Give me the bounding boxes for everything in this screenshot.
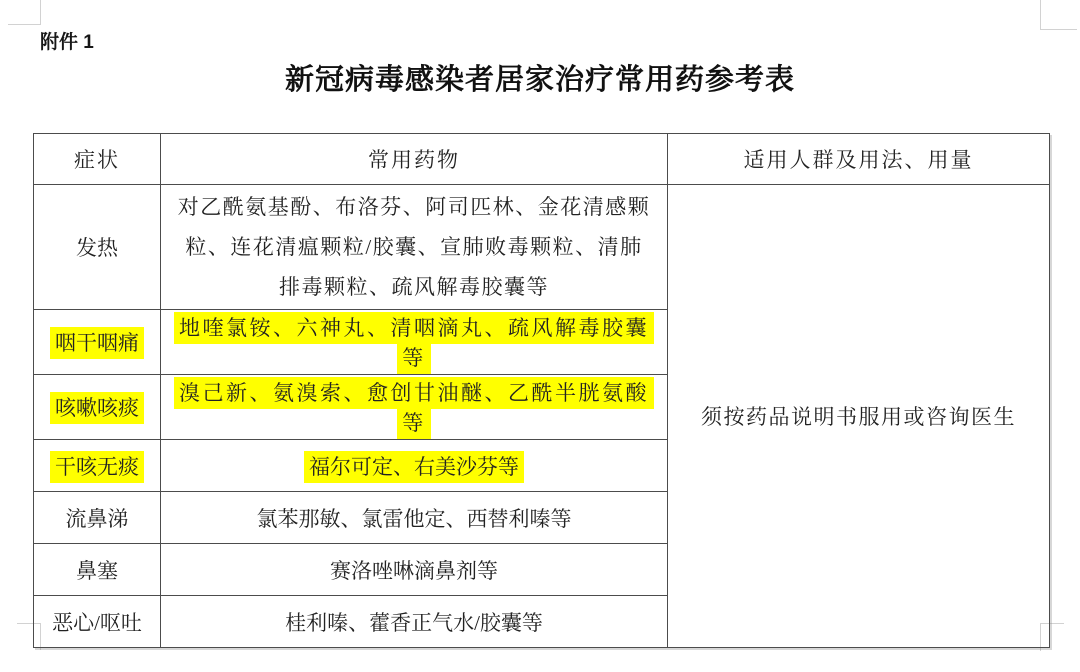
drugs-cell: 对乙酰氨基酚、布洛芬、阿司匹林、金花清感颗粒、连花清瘟颗粒/胶囊、宣肺败毒颗粒、… [161, 185, 668, 310]
drugs-text: 对乙酰氨基酚、布洛芬、阿司匹林、金花清感颗粒、连花清瘟颗粒/胶囊、宣肺败毒颗粒、… [167, 187, 661, 307]
header-usage: 适用人群及用法、用量 [668, 134, 1050, 185]
symptom-cell: 干咳无痰 [34, 440, 161, 492]
drugs-text-highlighted: 地喹氯铵、六神丸、清咽滴丸、疏风解毒胶囊等 [174, 312, 654, 374]
drugs-text: 氯苯那敏、氯雷他定、西替利嗪等 [257, 507, 572, 531]
drugs-cell: 氯苯那敏、氯雷他定、西替利嗪等 [161, 492, 668, 544]
symptom-text-highlighted: 咳嗽咳痰 [50, 392, 144, 424]
drugs-cell: 福尔可定、右美沙芬等 [161, 440, 668, 492]
drugs-cell: 溴己新、氨溴索、愈创甘油醚、乙酰半胱氨酸等 [161, 375, 668, 440]
medication-table: 症状 常用药物 适用人群及用法、用量 发热 对乙酰氨基酚、布洛芬、阿司匹林、金花… [33, 133, 1050, 648]
usage-note-text: 须按药品说明书服用或咨询医生 [701, 405, 1016, 429]
drugs-text: 赛洛唑啉滴鼻剂等 [330, 559, 498, 583]
drugs-text-highlighted: 福尔可定、右美沙芬等 [304, 451, 524, 483]
symptom-text-highlighted: 干咳无痰 [50, 451, 144, 483]
symptom-cell: 咳嗽咳痰 [34, 375, 161, 440]
symptom-cell: 恶心/呕吐 [34, 596, 161, 648]
symptom-cell: 流鼻涕 [34, 492, 161, 544]
header-symptom: 症状 [34, 134, 161, 185]
drugs-text: 桂利嗪、藿香正气水/胶囊等 [285, 611, 543, 635]
drugs-cell: 桂利嗪、藿香正气水/胶囊等 [161, 596, 668, 648]
document-page: 附件 1 新冠病毒感染者居家治疗常用药参考表 症状 常用药物 适用人群及用法、用… [0, 0, 1080, 672]
symptom-cell: 鼻塞 [34, 544, 161, 596]
symptom-text-highlighted: 咽干咽痛 [50, 327, 144, 359]
table-row-fever: 发热 对乙酰氨基酚、布洛芬、阿司匹林、金花清感颗粒、连花清瘟颗粒/胶囊、宣肺败毒… [34, 185, 1050, 310]
drugs-text-highlighted: 溴己新、氨溴索、愈创甘油醚、乙酰半胱氨酸等 [174, 377, 654, 439]
header-drugs: 常用药物 [161, 134, 668, 185]
page-corner-mark [8, 0, 41, 25]
page-corner-mark [1040, 0, 1077, 30]
symptom-cell: 发热 [34, 185, 161, 310]
page-title: 新冠病毒感染者居家治疗常用药参考表 [0, 57, 1080, 98]
symptom-cell: 咽干咽痛 [34, 310, 161, 375]
attachment-label: 附件 1 [40, 27, 94, 54]
drugs-cell: 地喹氯铵、六神丸、清咽滴丸、疏风解毒胶囊等 [161, 310, 668, 375]
drugs-cell: 赛洛唑啉滴鼻剂等 [161, 544, 668, 596]
usage-note-cell: 须按药品说明书服用或咨询医生 [668, 185, 1050, 648]
table-header-row: 症状 常用药物 适用人群及用法、用量 [34, 134, 1050, 185]
